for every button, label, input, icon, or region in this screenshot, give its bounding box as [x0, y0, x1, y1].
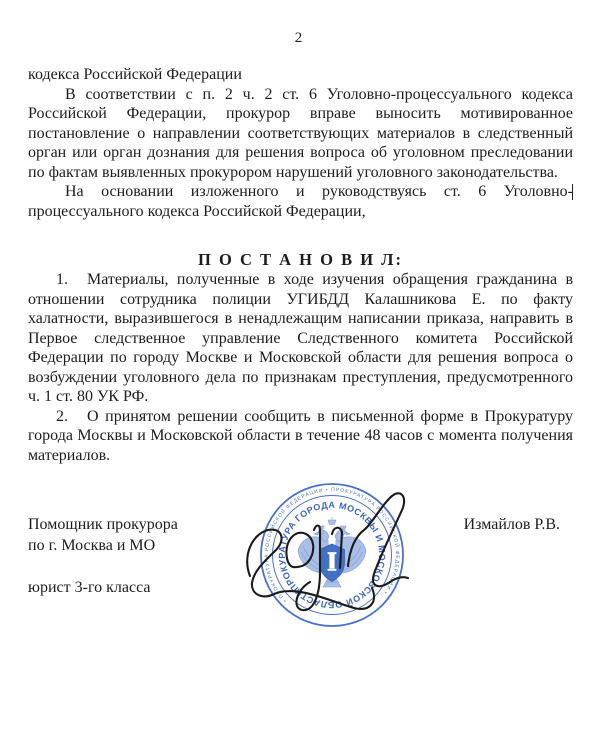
paragraph-continuation: кодекса Российской Федерации — [28, 65, 573, 85]
signer-title: Помощник прокурора по г. Москва и МО юри… — [28, 514, 178, 598]
resolution-item-2: 2.О принятом решении сообщить в письменн… — [28, 407, 573, 466]
signature-stroke — [274, 588, 374, 609]
paragraph-legal-basis: В соответствии с п. 2 ч. 2 ст. 6 Уголовн… — [28, 85, 573, 183]
item-number: 2. — [56, 407, 87, 427]
signature-stroke — [296, 526, 320, 611]
item-text: Материалы, полученные в ходе изучения об… — [28, 271, 573, 405]
signer-rank: юрист 3-го класса — [28, 577, 178, 598]
spacer — [28, 556, 178, 577]
signature-stroke — [348, 493, 408, 586]
resolution-item-1: 1.Материалы, полученные в ходе изучения … — [28, 270, 573, 407]
resolution-heading: П О С Т А Н О В И Л: — [28, 249, 573, 270]
page-number: 2 — [0, 30, 597, 47]
text-cursor — [572, 184, 573, 200]
signer-name: Измайлов Р.В. — [464, 514, 560, 535]
item-number: 1. — [56, 270, 87, 290]
handwritten-signature — [236, 480, 420, 618]
signer-position-line1: Помощник прокурора — [28, 514, 178, 535]
paragraph-preamble: На основании изложенного и руководствуяс… — [28, 182, 573, 221]
signature-stroke — [286, 533, 313, 568]
item-text: О принятом решении сообщить в письменной… — [28, 408, 573, 464]
document-page: 2 кодекса Российской Федерации В соответ… — [0, 0, 597, 743]
signature-stroke — [247, 530, 281, 597]
signer-position-line2: по г. Москва и МО — [28, 535, 178, 556]
signature-stroke — [332, 528, 342, 568]
